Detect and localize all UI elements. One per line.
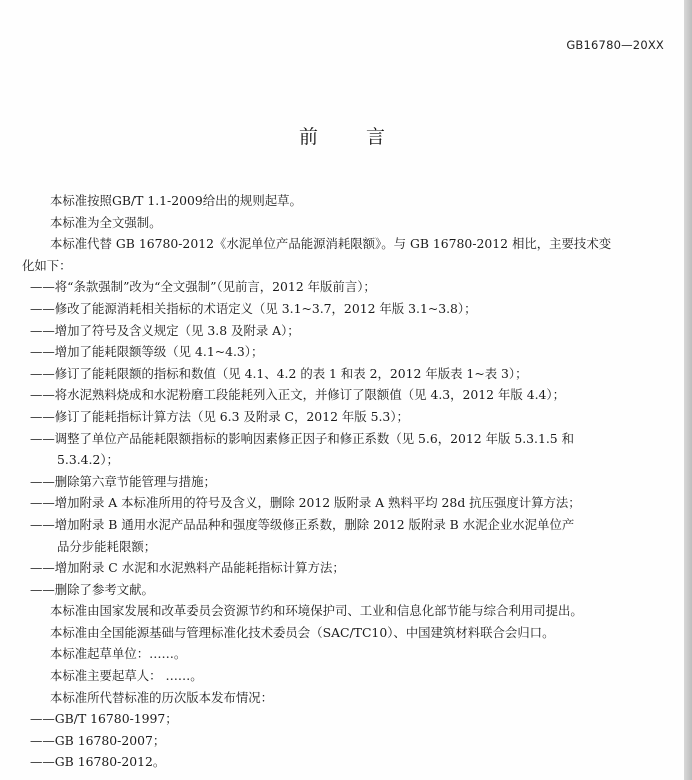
list-item: ——增加了能耗限额等级（见 4.1~4.3）； <box>0 341 684 363</box>
list-item: ——删除第六章节能管理与措施； <box>0 471 684 493</box>
paragraph-drafting-rules: 本标准按照GB/T 1.1-2009给出的规则起草。 <box>0 190 684 212</box>
paragraph-managed-by: 本标准由全国能源基础与管理标准化技术委员会（SAC/TC10）、中国建筑材料联合… <box>0 622 684 644</box>
document-page: GB16780—20XX 前言 本标准按照GB/T 1.1-2009给出的规则起… <box>0 0 684 780</box>
title-char-1: 前 <box>299 122 318 149</box>
paragraph-mandatory: 本标准为全文强制。 <box>0 212 684 234</box>
list-item: ——增加了符号及含义规定（见 3.8 及附录 A）； <box>0 320 684 342</box>
paragraph-drafting-units: 本标准起草单位：……。 <box>0 643 684 665</box>
paragraph-drafters: 本标准主要起草人： ……。 <box>0 665 684 687</box>
list-item: ——修订了能耗指标计算方法（见 6.3 及附录 C，2012 年版 5.3）； <box>0 406 684 428</box>
list-item: ——调整了单位产品能耗限额指标的影响因素修正因子和修正系数（见 5.6，2012… <box>0 428 684 450</box>
foreword-body: 本标准按照GB/T 1.1-2009给出的规则起草。 本标准为全文强制。 本标准… <box>0 190 684 773</box>
paragraph-replaces: 本标准代替 GB 16780-2012《水泥单位产品能源消耗限额》。与 GB 1… <box>0 233 684 255</box>
list-item: ——修订了能耗限额的指标和数值（见 4.1、4.2 的表 1 和表 2，2012… <box>0 363 684 385</box>
list-item-cont: 品分步能耗限额； <box>0 536 684 558</box>
page-title: 前言 <box>0 122 684 149</box>
history-item: ——GB/T 16780-1997； <box>0 708 684 730</box>
changes-list: ——将“条款强制”改为“全文强制”（见前言，2012 年版前言）； ——修改了能… <box>0 276 684 600</box>
paragraph-proposed-by: 本标准由国家发展和改革委员会资源节约和环境保护司、工业和信息化部节能与综合利用司… <box>0 600 684 622</box>
list-item: ——将水泥熟料烧成和水泥粉磨工段能耗列入正文，并修订了限额值（见 4.3，201… <box>0 384 684 406</box>
list-item: ——增加附录 B 通用水泥产品品种和强度等级修正系数，删除 2012 版附录 B… <box>0 514 684 536</box>
paragraph-replaces-cont: 化如下： <box>0 255 684 277</box>
list-item: ——增加附录 A 本标准所用的符号及含义，删除 2012 版附录 A 熟料平均 … <box>0 492 684 514</box>
title-char-2: 言 <box>366 122 385 149</box>
list-item-cont: 5.3.4.2）； <box>0 449 684 471</box>
history-item: ——GB 16780-2012。 <box>0 751 684 773</box>
list-item: ——删除了参考文献。 <box>0 579 684 601</box>
history-item: ——GB 16780-2007； <box>0 730 684 752</box>
list-item: ——修改了能源消耗相关指标的术语定义（见 3.1~3.7，2012 年版 3.1… <box>0 298 684 320</box>
history-list: ——GB/T 16780-1997； ——GB 16780-2007； ——GB… <box>0 708 684 773</box>
list-item: ——将“条款强制”改为“全文强制”（见前言，2012 年版前言）； <box>0 276 684 298</box>
page-edge-shadow <box>684 0 692 780</box>
paragraph-history-intro: 本标准所代替标准的历次版本发布情况： <box>0 687 684 709</box>
list-item: ——增加附录 C 水泥和水泥熟料产品能耗指标计算方法； <box>0 557 684 579</box>
document-code: GB16780—20XX <box>566 38 664 52</box>
